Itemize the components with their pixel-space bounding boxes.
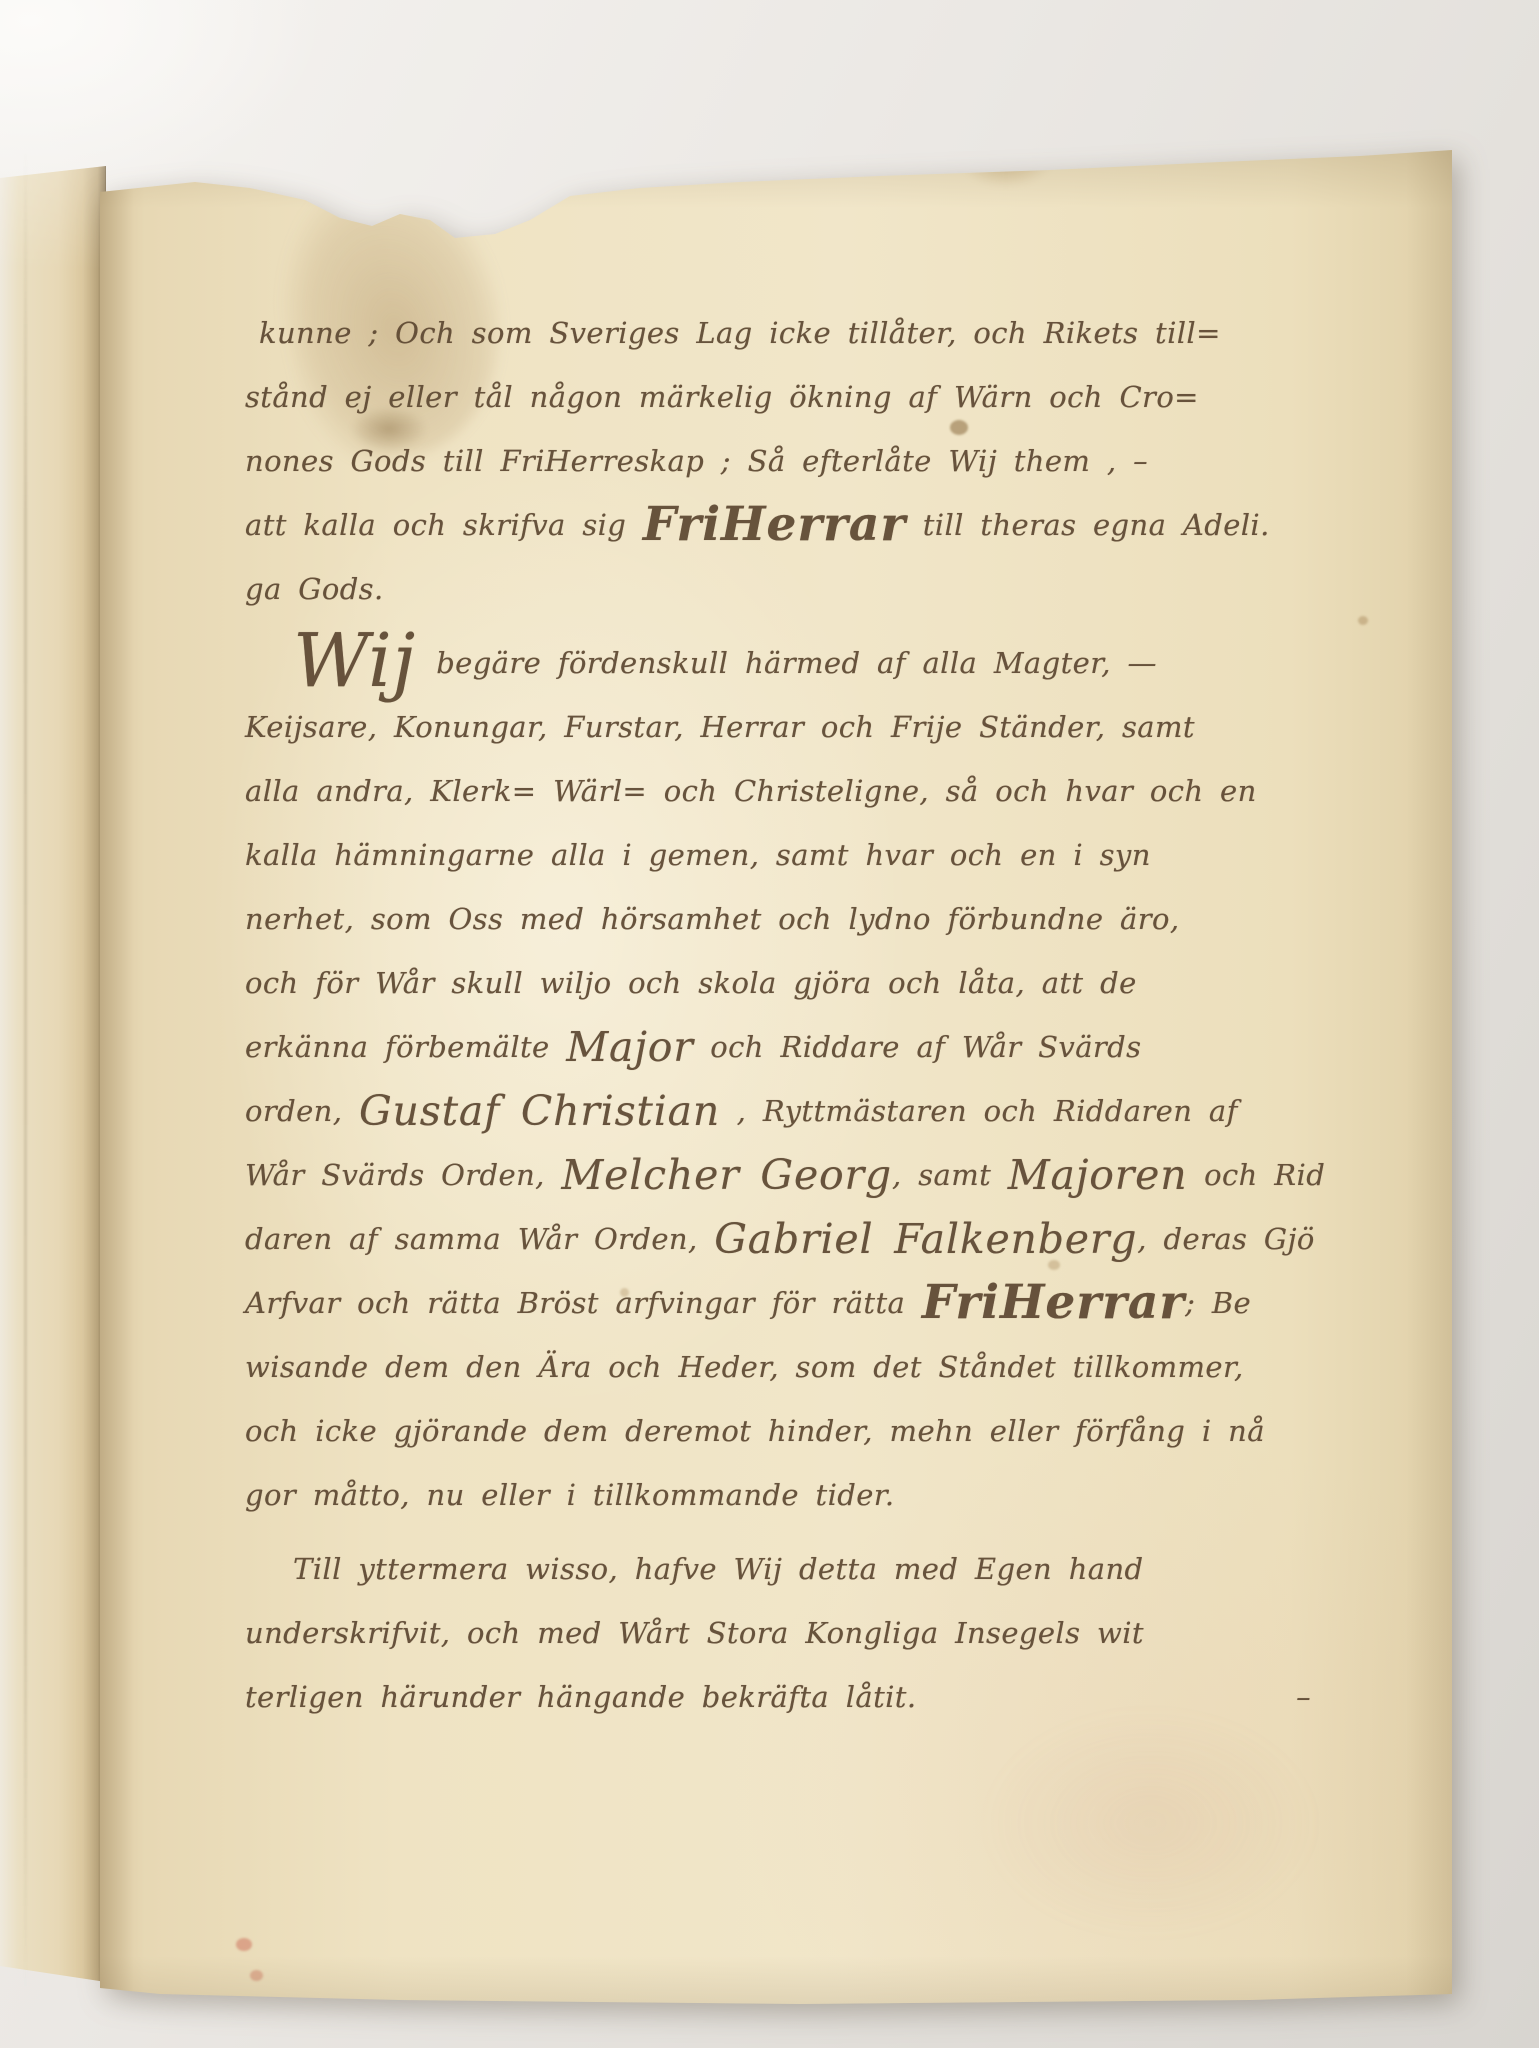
handwritten-text: kunne ; Och som Sveriges Lag icke tillåt… [259,316,1221,350]
handwritten-text: , samt [892,1158,1008,1192]
handwritten-text: nerhet, som Oss med hörsamhet och lydno … [245,902,1179,936]
handwritten-text: och icke gjörande dem deremot hinder, me… [245,1414,1265,1448]
handwritten-text: ga Gods. [245,572,384,606]
page-shadow-wrapper: kunne ; Och som Sveriges Lag icke tillåt… [0,0,1539,2048]
handwritten-text: kalla hämningarne alla i gemen, samt hva… [245,838,1151,872]
handwritten-text: terligen härunder hängande bekräfta låti… [245,1680,916,1714]
manuscript-line: Till yttermera wisso, hafve Wij detta me… [293,1552,1337,1616]
handwritten-text: och Riddare af Wår Svärds [694,1030,1142,1064]
handwritten-text: Wår Svärds Orden, [245,1158,561,1192]
pink-mark [236,1938,252,1951]
manuscript-line: och för Wår skull wiljo och skola gjöra … [245,966,1337,1030]
word-majoren-large: Majoren [1008,1151,1188,1199]
handwritten-text: erkänna förbemälte [245,1030,566,1064]
manuscript-line: nerhet, som Oss med hörsamhet och lydno … [245,902,1337,966]
handwritten-text: att kalla och skrifva sig [245,508,643,542]
handwritten-text: ; Be [1185,1286,1251,1320]
handwritten-text: daren af samma Wår Orden, [245,1222,714,1256]
handwritten-text: Till yttermera wisso, hafve Wij detta me… [293,1552,1144,1586]
photo-backdrop: { "photo": { "background_color": "#e6e3d… [0,0,1539,2048]
manuscript-line: terligen härunder hängande bekräfta låti… [245,1680,1337,1744]
handwritten-text: och Rid [1187,1158,1325,1192]
manuscript-line: Arfvar och rätta Bröst arfvingar för rät… [245,1286,1337,1350]
manuscript-line: gor måtto, nu eller i tillkommande tider… [245,1478,1337,1542]
handwritten-text: , deras Gjö [1137,1222,1314,1256]
handwritten-text: underskrifvit, och med Wårt Stora Kongli… [245,1616,1144,1650]
handwritten-text: begäre fördenskull härmed af alla Magter… [420,646,1157,680]
handwritten-text: gor måtto, nu eller i tillkommande tider… [245,1478,895,1512]
handwritten-text: orden, [245,1094,359,1128]
handwritten-text-block: kunne ; Och som Sveriges Lag icke tillåt… [245,316,1337,1744]
name-gustaf-christian: Gustaf Christian [359,1087,720,1135]
foxing-spot [1358,616,1368,625]
word-friherrar-ornate: FriHerrar [922,1275,1185,1330]
word-major-large: Major [566,1023,693,1071]
manuscript-line: stånd ej eller tål någon märkelig ökning… [245,380,1337,444]
handwritten-text: till theras egna Adeli. [906,508,1270,542]
end-dash-mark: – [1296,1680,1311,1714]
handwritten-text: stånd ej eller tål någon märkelig ökning… [245,380,1199,414]
paper-stain-top-edge [958,130,1054,188]
manuscript-line: och icke gjörande dem deremot hinder, me… [245,1414,1337,1478]
manuscript-line: erkänna förbemälte Major och Riddare af … [245,1030,1337,1094]
handwritten-text: Arfvar och rätta Bröst arfvingar för rät… [245,1286,922,1320]
word-friherrar-ornate: FriHerrar [643,497,906,552]
handwritten-text: wisande dem den Ära och Heder, som det S… [245,1350,1244,1384]
manuscript-line: alla andra, Klerk= Wärl= och Christelign… [245,774,1337,838]
handwritten-text: nones Gods till FriHerreskap ; Så efterl… [245,444,1148,478]
name-gabriel-falkenberg: Gabriel Falkenberg [714,1215,1137,1263]
manuscript-line: kunne ; Och som Sveriges Lag icke tillåt… [259,316,1337,380]
pink-mark [250,1970,263,1981]
manuscript-line: Keijsare, Konungar, Furstar, Herrar och … [245,710,1337,774]
name-melcher-georg: Melcher Georg [561,1151,892,1199]
manuscript-line: kalla hämningarne alla i gemen, samt hva… [245,838,1337,902]
manuscript-line: underskrifvit, och med Wårt Stora Kongli… [245,1616,1337,1680]
manuscript-line: Wår Svärds Orden, Melcher Georg, samt Ma… [245,1158,1337,1222]
handwritten-text: , Ryttmästaren och Riddaren af [720,1094,1238,1128]
manuscript-line: att kalla och skrifva sig FriHerrar till… [245,508,1337,572]
manuscript-line: Wij begäre fördenskull härmed af alla Ma… [293,646,1337,710]
initial-wij-ornate: Wij [293,618,416,704]
handwritten-text: Keijsare, Konungar, Furstar, Herrar och … [245,710,1195,744]
manuscript-line: orden, Gustaf Christian , Ryttmästaren o… [245,1094,1337,1158]
handwritten-text: och för Wår skull wiljo och skola gjöra … [245,966,1137,1000]
handwritten-text: alla andra, Klerk= Wärl= och Christelign… [245,774,1257,808]
manuscript-page: kunne ; Och som Sveriges Lag icke tillåt… [100,148,1452,2004]
manuscript-line: wisande dem den Ära och Heder, som det S… [245,1350,1337,1414]
